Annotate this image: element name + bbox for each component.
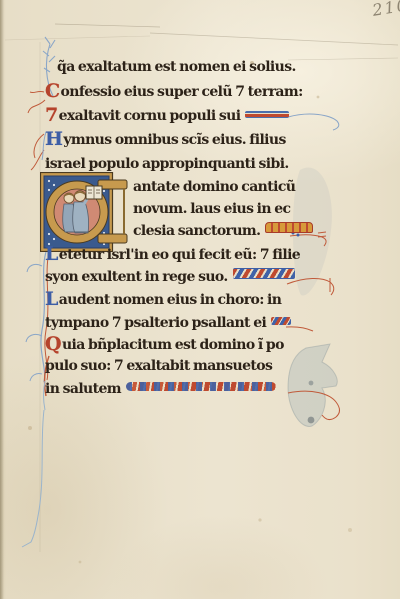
text-line: Letetur isrl'in eo qui fecit eũ: 7 filie (45, 245, 300, 266)
guide-line (5, 36, 150, 40)
guide-line (55, 24, 160, 27)
red-filigree-line4 (31, 134, 44, 170)
line-filler-vine (126, 382, 276, 391)
manuscript-page: 210 (0, 0, 400, 599)
line-text: ymnus omnibus scĩs eius. filius (63, 132, 285, 148)
blemish-spot (309, 381, 314, 386)
initial-c-serif-bottom (98, 234, 127, 243)
fox-spot (28, 426, 32, 430)
line-filler-stripes (245, 111, 289, 118)
text-line: tympano 7 psalterio psallant ei (45, 313, 291, 334)
line-text: exaltavit cornu populi sui (59, 108, 241, 124)
line-text: clesia sanctorum. (133, 223, 260, 239)
text-line: Laudent nomen eius in choro: in (45, 290, 281, 311)
pen-initial: L (45, 288, 58, 310)
pen-initial: 7 (45, 104, 58, 126)
line-text: etetur isrl'in eo qui fecit eũ: 7 filie (59, 247, 300, 263)
fox-spot (79, 561, 82, 564)
line-text: uia bñplacitum est domino ĩ po (62, 337, 284, 353)
line-filler-braid (233, 268, 295, 279)
line-text: novum. laus eius in ec (133, 201, 290, 217)
fox-spot (317, 96, 320, 99)
pen-initial: L (45, 243, 58, 265)
fox-spot (258, 518, 261, 521)
pen-initial: Q (45, 333, 61, 355)
text-line: Quia bñplacitum est domino ĩ po (45, 335, 284, 356)
line-text: tympano 7 psalterio psallant ei (45, 315, 266, 331)
line-text: israel populo appropinquanti sibi. (45, 156, 289, 172)
text-line: pulo suo: 7 exaltabit mansuetos (45, 356, 272, 377)
line-filler-crowns (265, 222, 313, 233)
line-text: onfessio eius super celũ 7 terram: (61, 84, 303, 100)
page-gutter-edge (0, 0, 4, 599)
line-filler-small (271, 317, 291, 325)
pen-initial: C (45, 80, 60, 102)
illuminated-initial-c (40, 172, 130, 252)
flourish-line15 (288, 391, 340, 419)
text-line: Confessio eius super celũ 7 terram: (45, 82, 303, 103)
text-line: antate domino canticũ (133, 177, 295, 198)
line-text: syon exultent in rege suo. (45, 269, 228, 285)
text-line: novum. laus eius in ec (133, 199, 290, 220)
text-line: clesia sanctorum. (133, 221, 313, 242)
line-text: pulo suo: 7 exaltabit mansuetos (45, 358, 272, 374)
flourish-line3 (288, 114, 339, 130)
parchment-blemish (288, 344, 337, 426)
guide-line (150, 33, 398, 45)
line-text: antate domino canticũ (133, 179, 295, 195)
blemish-spot (308, 417, 315, 424)
lower-margin-hairline (22, 381, 45, 547)
penwork-curls (26, 264, 42, 381)
folio-number: 210 (371, 0, 400, 20)
fox-spot (348, 528, 352, 532)
text-line: syon exultent in rege suo. (45, 267, 295, 288)
line-text: audent nomen eius in choro: in (59, 292, 282, 308)
line-text: in salutem (45, 381, 121, 397)
text-line: israel populo appropinquanti sibi. (45, 154, 289, 175)
pen-initial: H (45, 128, 62, 150)
text-line: Hymnus omnibus scĩs eius. filius (45, 130, 286, 151)
illuminated-initial-art (40, 172, 130, 252)
guide-line (288, 58, 398, 60)
text-line: 7exaltavit cornu populi sui (45, 106, 289, 127)
text-line: q̃a exaltatum est nomen ei solius. (57, 57, 296, 78)
text-line: in salutem (45, 379, 276, 400)
red-filigree-line2 (28, 91, 45, 113)
line-text: q̃a exaltatum est nomen ei solius. (57, 59, 296, 75)
